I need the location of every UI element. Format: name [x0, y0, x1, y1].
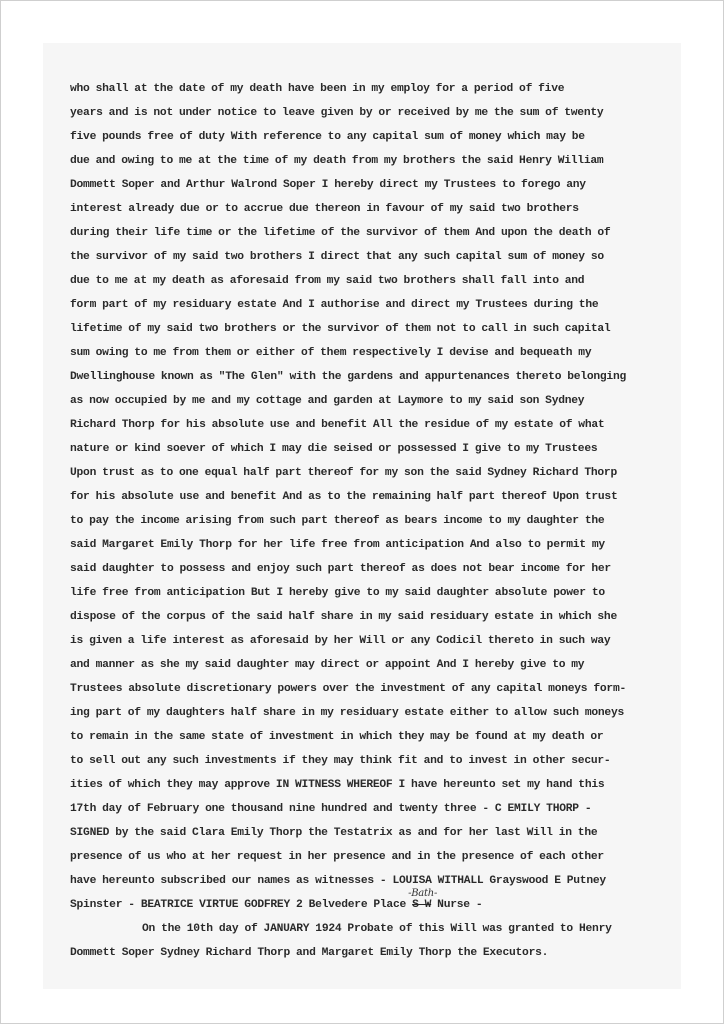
- text-line: nature or kind soever of which I may die…: [70, 437, 680, 461]
- text-line: for his absolute use and benefit And as …: [70, 485, 680, 509]
- text-line: years and is not under notice to leave g…: [70, 101, 680, 125]
- witness-text-after: Nurse -: [431, 899, 482, 911]
- text-line: due and owing to me at the time of my de…: [70, 149, 680, 173]
- text-line: the survivor of my said two brothers I d…: [70, 245, 680, 269]
- text-line: who shall at the date of my death have b…: [70, 77, 680, 101]
- text-line: Dommett Soper and Arthur Walrond Soper I…: [70, 173, 680, 197]
- correction: -Bath-S W: [412, 899, 431, 911]
- text-line: to remain in the same state of investmen…: [70, 725, 680, 749]
- text-line: Dwellinghouse known as "The Glen" with t…: [70, 365, 680, 389]
- text-line: due to me at my death as aforesaid from …: [70, 269, 680, 293]
- text-line: presence of us who at her request in her…: [70, 845, 680, 869]
- witness-line: Spinster - BEATRICE VIRTUE GODFREY 2 Bel…: [70, 893, 680, 917]
- text-line: dispose of the corpus of the said half s…: [70, 605, 680, 629]
- text-line: ing part of my daughters half share in m…: [70, 701, 680, 725]
- text-line: Richard Thorp for his absolute use and b…: [70, 413, 680, 437]
- text-line: ities of which they may approve IN WITNE…: [70, 773, 680, 797]
- text-line: lifetime of my said two brothers or the …: [70, 317, 680, 341]
- witness-text-before: Spinster - BEATRICE VIRTUE GODFREY 2 Bel…: [70, 899, 412, 911]
- text-line: to pay the income arising from such part…: [70, 509, 680, 533]
- text-line: as now occupied by me and my cottage and…: [70, 389, 680, 413]
- text-line: to sell out any such investments if they…: [70, 749, 680, 773]
- text-line: is given a life interest as aforesaid by…: [70, 629, 680, 653]
- text-line: during their life time or the lifetime o…: [70, 221, 680, 245]
- text-line: SIGNED by the said Clara Emily Thorp the…: [70, 821, 680, 845]
- document-page: who shall at the date of my death have b…: [43, 43, 681, 989]
- text-line: Trustees absolute discretionary powers o…: [70, 677, 680, 701]
- handwritten-annotation: -Bath-: [408, 888, 437, 900]
- text-line: Upon trust as to one equal half part the…: [70, 461, 680, 485]
- text-line: said Margaret Emily Thorp for her life f…: [70, 533, 680, 557]
- text-line: and manner as she my said daughter may d…: [70, 653, 680, 677]
- probate-line: Dommett Soper Sydney Richard Thorp and M…: [70, 941, 680, 965]
- text-line: said daughter to possess and enjoy such …: [70, 557, 680, 581]
- text-line: form part of my residuary estate And I a…: [70, 293, 680, 317]
- text-line: interest already due or to accrue due th…: [70, 197, 680, 221]
- text-line: life free from anticipation But I hereby…: [70, 581, 680, 605]
- will-body: who shall at the date of my death have b…: [70, 77, 680, 893]
- will-text: who shall at the date of my death have b…: [70, 77, 680, 965]
- text-line: five pounds free of duty With reference …: [70, 125, 680, 149]
- probate-line: On the 10th day of JANUARY 1924 Probate …: [70, 917, 680, 941]
- text-line: 17th day of February one thousand nine h…: [70, 797, 680, 821]
- struck-text: S W: [412, 899, 431, 911]
- text-line: sum owing to me from them or either of t…: [70, 341, 680, 365]
- text-line: have hereunto subscribed our names as wi…: [70, 869, 680, 893]
